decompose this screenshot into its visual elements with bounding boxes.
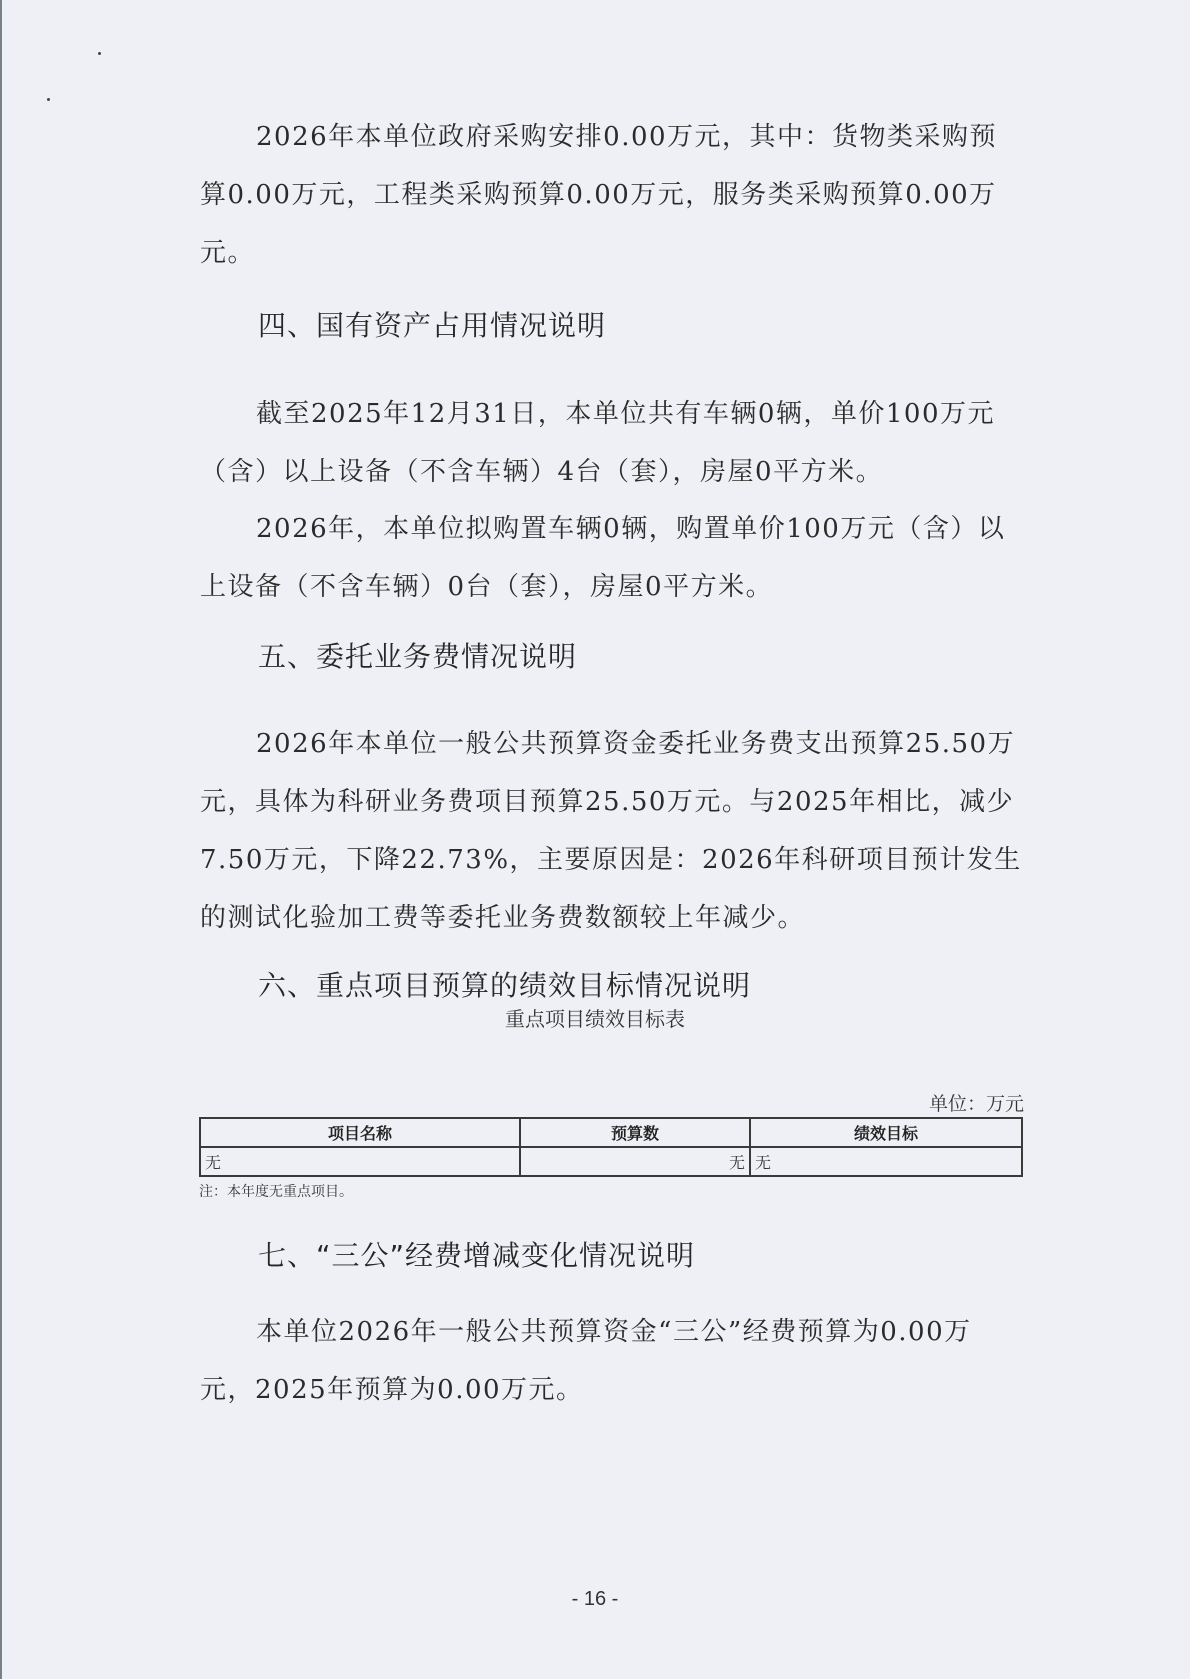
scan-edge [0, 0, 2, 1679]
page-number: - 16 - [0, 1588, 1190, 1611]
table-title: 重点项目绩效目标表 [0, 1003, 1190, 1032]
column-header-project-name: 项目名称 [200, 1118, 520, 1147]
paragraph-three-public-expenses: 本单位2026年一般公共预算资金“三公”经费预算为0.00万元，2025年预算为… [200, 1303, 1022, 1419]
heading-section-7: 七、“三公”经费增减变化情况说明 [258, 1236, 695, 1276]
cell-budget: 无 [520, 1147, 750, 1176]
heading-section-6: 六、重点项目预算的绩效目标情况说明 [258, 966, 751, 1006]
table-row: 无 无 无 [200, 1147, 1022, 1176]
heading-section-4: 四、国有资产占用情况说明 [258, 306, 606, 346]
table-note: 注：本年度无重点项目。 [199, 1181, 353, 1201]
scan-speck [98, 52, 101, 55]
cell-performance-goal: 无 [750, 1147, 1022, 1176]
table-header-row: 项目名称 预算数 绩效目标 [200, 1118, 1022, 1147]
paragraph-procurement: 2026年本单位政府采购安排0.00万元，其中：货物类采购预算0.00万元，工程… [200, 108, 1022, 282]
column-header-budget: 预算数 [520, 1118, 750, 1147]
table-unit: 单位：万元 [929, 1089, 1024, 1116]
column-header-performance-goal: 绩效目标 [750, 1118, 1022, 1147]
paragraph-assets-plan: 2026年，本单位拟购置车辆0辆，购置单价100万元（含）以上设备（不含车辆）0… [200, 500, 1022, 616]
paragraph-assets-current: 截至2025年12月31日，本单位共有车辆0辆，单价100万元（含）以上设备（不… [200, 385, 1022, 501]
performance-goals-table: 项目名称 预算数 绩效目标 无 无 无 [199, 1117, 1023, 1177]
cell-project-name: 无 [200, 1147, 520, 1176]
document-page: 2026年本单位政府采购安排0.00万元，其中：货物类采购预算0.00万元，工程… [0, 0, 1190, 1679]
scan-speck [47, 98, 50, 101]
heading-section-5: 五、委托业务费情况说明 [258, 637, 577, 677]
paragraph-entrusted-fees: 2026年本单位一般公共预算资金委托业务费支出预算25.50万元，具体为科研业务… [200, 715, 1022, 947]
